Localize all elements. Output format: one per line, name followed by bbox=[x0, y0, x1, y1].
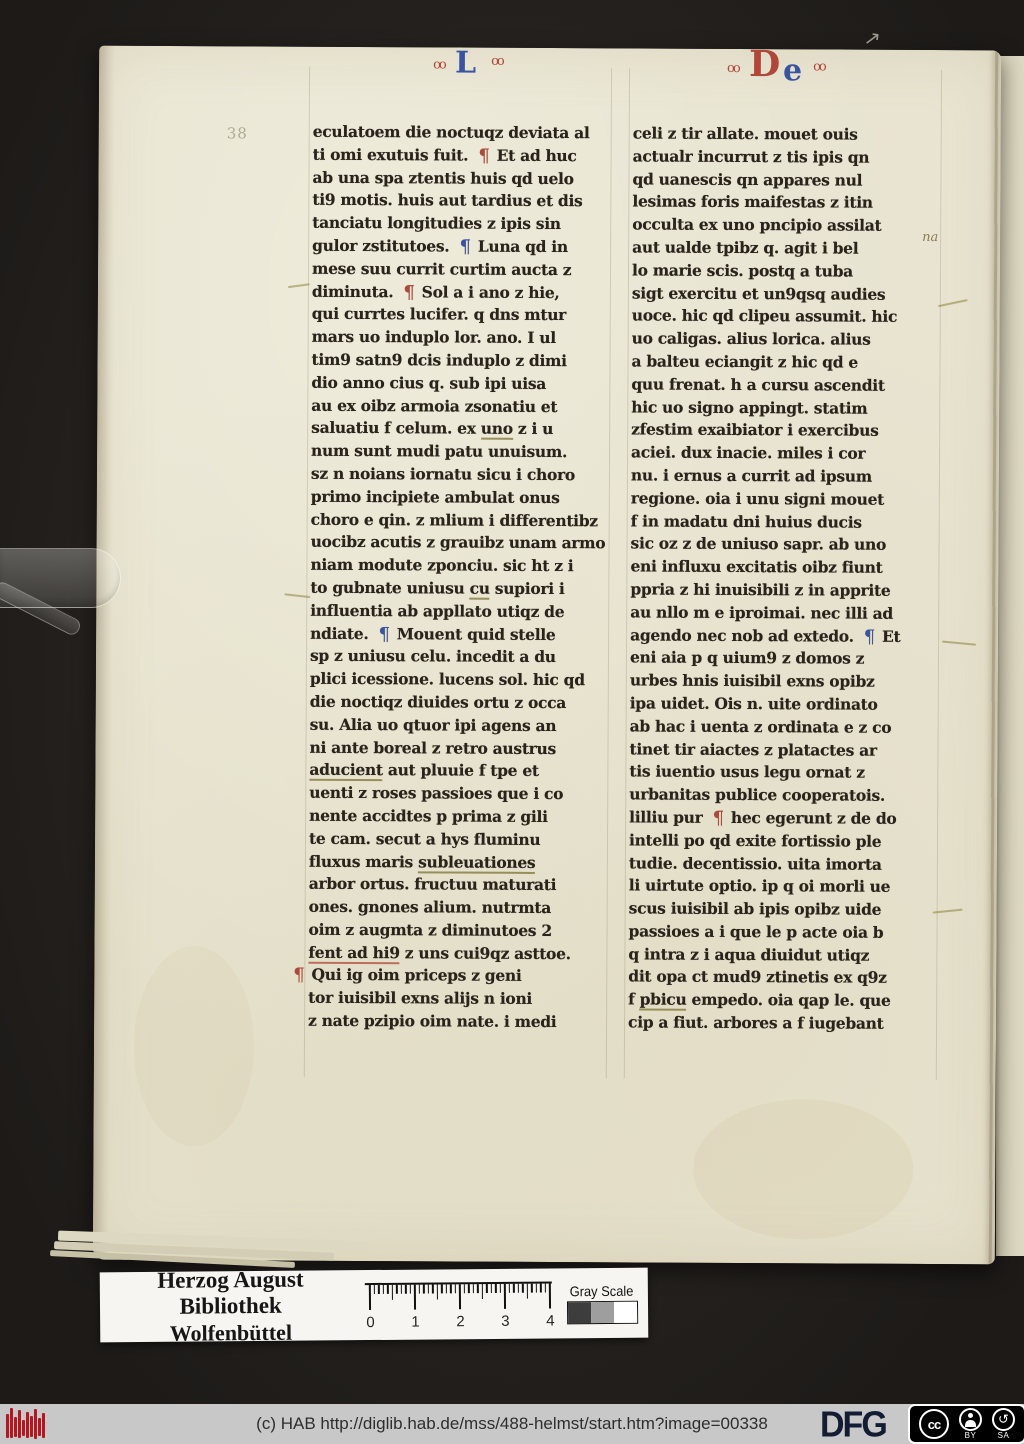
dfg-logo: DFG bbox=[820, 1405, 886, 1444]
text-segment: nente accidtes p prima z gili bbox=[309, 806, 548, 826]
ruler-tick bbox=[378, 1285, 380, 1294]
header-flourish: oo bbox=[433, 57, 445, 72]
text-segment: actualr incurrut z tis ipis qn bbox=[633, 146, 870, 166]
text-segment: ipa uidet. Ois n. uite ordinato bbox=[630, 693, 878, 713]
text-segment: z uns cui9qz asttoe. bbox=[400, 943, 571, 963]
manuscript-line: influentia ab appllato utiqz de bbox=[310, 599, 615, 623]
manuscript-line: nu. i ernus a currit ad ipsum bbox=[631, 464, 951, 488]
text-segment: lilliu pur bbox=[629, 807, 708, 826]
ruler-tick bbox=[549, 1283, 551, 1308]
gray-scale-square bbox=[614, 1301, 637, 1322]
text-segment: pbicu bbox=[640, 990, 687, 1011]
ruler-tick bbox=[401, 1285, 403, 1294]
library-name-line1: Herzog August Bibliothek bbox=[108, 1266, 354, 1321]
running-header-letter-e: e bbox=[783, 53, 802, 88]
manuscript-line: agendo nec nob ad extedo. ¶ Et bbox=[630, 624, 950, 648]
page-fore-edge bbox=[93, 46, 115, 1260]
manuscript-line: tim9 satn9 dcis induplo z dimi bbox=[311, 349, 616, 373]
ruler-tick bbox=[486, 1284, 488, 1293]
ruler-tick bbox=[527, 1284, 529, 1299]
library-label-bar: Herzog August Bibliothek Wolfenbüttel 01… bbox=[100, 1268, 649, 1343]
manuscript-line: choro e qin. z mlium i differentibz bbox=[311, 508, 616, 532]
text-segment: influentia ab appllato utiqz de bbox=[310, 600, 564, 620]
running-header-letter-D: D bbox=[749, 46, 780, 86]
text-segment: z i u bbox=[513, 419, 553, 438]
text-segment: hec egerunt z de do bbox=[726, 808, 897, 828]
text-segment: empedo. oia qap le. que bbox=[686, 990, 890, 1010]
text-segment: ppria z hi inuisibili z in apprite bbox=[630, 579, 890, 599]
text-segment: eculatoem die noctuqz deviata al bbox=[313, 122, 590, 142]
ruler-tick bbox=[482, 1284, 484, 1299]
text-segment: tim9 satn9 dcis induplo z dimi bbox=[311, 350, 566, 370]
barcode-bar bbox=[34, 1409, 37, 1439]
text-segment: lesimas foris maifestas z itin bbox=[632, 192, 873, 212]
cc-sa-label: SA bbox=[998, 1431, 1010, 1440]
header-flourish: oo bbox=[727, 61, 739, 76]
text-segment: passioes a i que le p acte oia b bbox=[629, 921, 884, 941]
manuscript-line: fluxus maris subleuationes bbox=[309, 850, 614, 874]
manuscript-line: qui currtes lucifer. q dns mtur bbox=[312, 303, 617, 327]
manuscript-line: eni influxu excitatis oibz fiunt bbox=[630, 556, 950, 580]
text-column-left: eculatoem die noctuqz deviata alti omi e… bbox=[308, 121, 618, 1034]
manuscript-line: cip a fiut. arbores a f iugebant bbox=[628, 1012, 948, 1036]
ruler-tick bbox=[473, 1284, 475, 1293]
text-segment: aciei. dux inacie. miles i cor bbox=[631, 443, 865, 463]
manuscript-line: intelli po qd exite fortissio ple bbox=[629, 829, 949, 853]
ruler-tick bbox=[509, 1284, 511, 1293]
text-segment: uenti z roses passioes que i co bbox=[309, 783, 563, 803]
gray-scale-square bbox=[591, 1301, 614, 1322]
person-head bbox=[968, 1413, 973, 1418]
ruler-tick bbox=[423, 1285, 425, 1294]
text-segment: uno bbox=[481, 419, 513, 440]
ruler-tick bbox=[374, 1285, 376, 1294]
barcode-bar bbox=[26, 1412, 29, 1438]
text-segment: oim z augmta z diminutoes 2 bbox=[309, 920, 552, 940]
ruler-tick bbox=[522, 1284, 524, 1293]
text-segment: tis iuentio usus legu ornat z bbox=[629, 762, 864, 782]
manuscript-line: tinet tir aiactes z platactes ar bbox=[629, 738, 949, 762]
manuscript-line: te cam. secut a hys fluminu bbox=[309, 827, 614, 851]
ruler-tick bbox=[446, 1284, 448, 1293]
gray-scale-label: Gray Scale bbox=[570, 1282, 634, 1299]
manuscript-line: actualr incurrut z tis ipis qn bbox=[633, 145, 953, 169]
manuscript-line: dio anno cius q. sub ipi uisa bbox=[311, 372, 616, 396]
manuscript-line: lilliu pur ¶ hec egerunt z de do bbox=[629, 806, 949, 830]
text-segment: li uirtute optio. ip q oi morli ue bbox=[629, 876, 891, 896]
text-segment: ti omi exutuis fuit. bbox=[313, 145, 474, 165]
pilcrow-mark: ¶ bbox=[864, 626, 875, 649]
gray-scale-squares bbox=[567, 1300, 638, 1324]
text-segment: supiori i bbox=[490, 579, 565, 598]
ruler-number: 0 bbox=[366, 1314, 374, 1331]
barcode-bar bbox=[6, 1414, 9, 1438]
text-segment: uoce. hic qd clipeu assumit. hic bbox=[632, 306, 897, 326]
manuscript-line: mese suu currit curtim aucta z bbox=[312, 258, 617, 282]
photo-canvas: { "colors": { "red": "#b0483a", "blue": … bbox=[0, 0, 1024, 1444]
ruler-tick bbox=[387, 1285, 389, 1294]
manuscript-line: quu frenat. h a cursu ascendit bbox=[631, 373, 951, 397]
manuscript-line: uo caligas. alius lorica. alius bbox=[632, 328, 952, 352]
manuscript-line: su. Alia uo qtuor ipi agens an bbox=[310, 713, 615, 737]
manuscript-line: tis iuentio usus legu ornat z bbox=[629, 761, 949, 785]
ruler-tick bbox=[500, 1284, 502, 1293]
manuscript-line: sz n noians iornatu sicu i choro bbox=[311, 463, 616, 487]
text-segment: Et ad huc bbox=[491, 145, 576, 164]
text-segment: fluxus maris bbox=[309, 851, 418, 871]
text-segment: eni influxu excitatis oibz fiunt bbox=[630, 557, 882, 577]
text-segment: urbes hnis iuisibil exns opibz bbox=[630, 671, 875, 691]
manuscript-line: celi z tir allate. mouet ouis bbox=[633, 122, 953, 146]
text-segment: niam modute zponciu. sic ht z i bbox=[310, 555, 573, 575]
manuscript-line: ¶ Qui ig oim priceps z geni bbox=[308, 964, 613, 988]
pilcrow-mark: ¶ bbox=[378, 624, 389, 647]
manuscript-line: ti9 motis. huis aut tardius et dis bbox=[312, 189, 617, 213]
text-segment: aducient bbox=[309, 760, 382, 781]
manuscript-line: z nate pzipio oim nate. i medi bbox=[308, 1010, 613, 1034]
manuscript-line: to gubnate uniusu cu supiori i bbox=[310, 577, 615, 601]
cc-by-person-icon bbox=[959, 1408, 982, 1431]
text-segment: mese suu currit curtim aucta z bbox=[312, 259, 571, 279]
text-segment: die noctiqz diuides ortu z occa bbox=[310, 692, 566, 712]
text-segment: mars uo induplo lor. ano. I ul bbox=[312, 327, 556, 347]
cc-by-label: BY bbox=[965, 1431, 977, 1440]
ruler: 01234 bbox=[363, 1274, 554, 1334]
barcode-bar bbox=[22, 1420, 25, 1436]
manuscript-line: die noctiqz diuides ortu z occa bbox=[310, 691, 615, 715]
text-segment: dit opa ct mud9 ztinetis ex q9z bbox=[628, 967, 886, 987]
text-segment: au ex oibz armoia zsonatiu et bbox=[311, 395, 557, 415]
manuscript-line: tanciatu longitudies z ipis sin bbox=[312, 212, 617, 236]
text-segment: intelli po qd exite fortissio ple bbox=[629, 830, 881, 850]
manuscript-line: li uirtute optio. ip q oi morli ue bbox=[629, 875, 949, 899]
pilcrow-mark: ¶ bbox=[713, 808, 724, 831]
text-segment: tudie. decentissio. uita imorta bbox=[629, 853, 882, 873]
ruler-tick bbox=[383, 1285, 385, 1294]
manuscript-line: tudie. decentissio. uita imorta bbox=[629, 852, 949, 876]
ruler-tick bbox=[432, 1284, 434, 1293]
text-segment: arbor ortus. fructuu maturati bbox=[309, 874, 557, 894]
manuscript-line: lesimas foris maifestas z itin bbox=[632, 191, 952, 215]
manuscript-line: eculatoem die noctuqz deviata al bbox=[313, 121, 618, 145]
parchment-stain bbox=[693, 1099, 914, 1240]
text-segment: f bbox=[628, 990, 640, 1009]
ruler-tick bbox=[504, 1284, 506, 1309]
ruler-tick bbox=[410, 1285, 412, 1294]
text-segment: Et bbox=[877, 626, 901, 645]
manuscript-line: au nllo m e iproimai. nec illi ad bbox=[630, 601, 950, 625]
manuscript-line: primo incipiete ambulat onus bbox=[311, 486, 616, 510]
manuscript-line: uocibz acutis z grauibz unam armo bbox=[311, 531, 616, 555]
ruler-tick bbox=[369, 1285, 371, 1310]
ruler-tick bbox=[531, 1284, 533, 1293]
text-segment: to gubnate uniusu bbox=[310, 578, 469, 598]
text-segment: f in madatu dni huius ducis bbox=[631, 511, 862, 531]
manuscript-line: diminuta. ¶ Sol a i ano z hie, bbox=[312, 280, 617, 304]
manuscript-line: f pbicu empedo. oia qap le. que bbox=[628, 989, 948, 1013]
manuscript-line: hic uo signo appingt. statim bbox=[631, 396, 951, 420]
manuscript-line: au ex oibz armoia zsonatiu et bbox=[311, 394, 616, 418]
text-segment: zfestim exaibiator i exercibus bbox=[631, 420, 878, 440]
manuscript-line: sigt exercitu et un9qsq audies bbox=[632, 282, 952, 306]
gray-scale-square bbox=[568, 1302, 591, 1323]
barcode-bar bbox=[18, 1410, 21, 1438]
text-segment: uocibz acutis z grauibz unam armo bbox=[311, 532, 606, 553]
cc-license-badge: cc BY ↺ SA bbox=[908, 1404, 1024, 1444]
text-segment: subleuationes bbox=[418, 852, 535, 874]
text-segment: sz n noians iornatu sicu i choro bbox=[311, 464, 575, 484]
ruler-tick bbox=[477, 1284, 479, 1293]
manuscript-line: q intra z i aqua diuidut utiqz bbox=[628, 943, 948, 967]
pilcrow-mark: ¶ bbox=[293, 965, 304, 988]
text-segment: celi z tir allate. mouet ouis bbox=[633, 123, 858, 143]
manuscript-line: aciei. dux inacie. miles i cor bbox=[631, 442, 951, 466]
text-segment: ndiate. bbox=[310, 623, 374, 642]
barcode-bar bbox=[14, 1417, 17, 1437]
text-segment: ti9 motis. huis aut tardius et dis bbox=[312, 190, 582, 210]
manuscript-line: ti omi exutuis fuit. ¶ Et ad huc bbox=[313, 144, 618, 168]
ruler-tick bbox=[513, 1284, 515, 1293]
ruler-tick bbox=[441, 1284, 443, 1293]
ruler-number: 3 bbox=[501, 1313, 509, 1330]
text-segment: hic uo signo appingt. statim bbox=[631, 397, 867, 417]
text-segment: dio anno cius q. sub ipi uisa bbox=[311, 373, 546, 393]
manuscript-line: num sunt mudi patu unuisum. bbox=[311, 440, 616, 464]
ruler-tick bbox=[392, 1285, 394, 1300]
text-segment: ones. gnones alium. nutrmta bbox=[309, 897, 551, 917]
text-segment: au nllo m e iproimai. nec illi ad bbox=[630, 602, 893, 622]
text-segment: fent ad hi9 bbox=[308, 942, 399, 963]
bottom-bar: (c) HAB http://diglib.hab.de/mss/488-hel… bbox=[0, 1404, 1024, 1444]
text-segment: Luna qd in bbox=[473, 237, 568, 256]
manuscript-line: qd uanescis qn appares nul bbox=[632, 168, 952, 192]
text-segment: urbanitas publice cooperatois. bbox=[629, 785, 885, 805]
manuscript-line: aducient aut pluuie f tpe et bbox=[309, 759, 614, 783]
manuscript-line: zfestim exaibiator i exercibus bbox=[631, 419, 951, 443]
text-segment: ni ante boreal z retro austrus bbox=[309, 737, 556, 757]
text-segment: agendo nec nob ad extedo. bbox=[630, 625, 859, 645]
manuscript-line: aut ualde tpibz q. agit i bel bbox=[632, 236, 952, 260]
cc-sa-arrow-icon: ↺ bbox=[992, 1408, 1015, 1431]
barcode-bar bbox=[42, 1413, 45, 1438]
text-segment: aut ualde tpibz q. agit i bel bbox=[632, 237, 858, 257]
pilcrow-mark: ¶ bbox=[403, 282, 414, 305]
manuscript-line: ipa uidet. Ois n. uite ordinato bbox=[630, 692, 950, 716]
ruler-tick bbox=[437, 1284, 439, 1299]
ruler-tick bbox=[414, 1285, 416, 1310]
library-name: Herzog August Bibliothek Wolfenbüttel bbox=[108, 1266, 354, 1346]
manuscript-line: eni aia p q uium9 z domos z bbox=[630, 647, 950, 671]
manuscript-line: dit opa ct mud9 ztinetis ex q9z bbox=[628, 966, 948, 990]
manuscript-line: passioes a i que le p acte oia b bbox=[628, 920, 948, 944]
text-segment: Sol a i ano z hie, bbox=[417, 282, 560, 302]
text-segment: scus iuisibil ab ipis opibz uide bbox=[629, 899, 882, 919]
text-segment: su. Alia uo qtuor ipi agens an bbox=[310, 714, 557, 734]
ruler-tick bbox=[419, 1285, 421, 1294]
manuscript-line: arbor ortus. fructuu maturati bbox=[309, 873, 614, 897]
text-segment: occulta ex uno pncipio assilat bbox=[632, 215, 881, 235]
text-segment: uo caligas. alius lorica. alius bbox=[632, 329, 871, 349]
library-name-line2: Wolfenbüttel bbox=[108, 1319, 354, 1346]
ruler-tick bbox=[495, 1284, 497, 1293]
ruler-number: 1 bbox=[411, 1314, 419, 1331]
text-segment: gulor zstitutoes. bbox=[312, 236, 454, 256]
manuscript-line: uoce. hic qd clipeu assumit. hic bbox=[632, 305, 952, 329]
ruler-tick bbox=[545, 1283, 547, 1292]
manuscript-line: mars uo induplo lor. ano. I ul bbox=[312, 326, 617, 350]
ruler-tick bbox=[491, 1284, 493, 1293]
faint-folio-number: 38 bbox=[227, 124, 248, 142]
parchment-stain bbox=[133, 946, 254, 1147]
header-flourish: oo bbox=[813, 59, 825, 74]
text-segment: tor iuisibil exns alijs n ioni bbox=[308, 988, 532, 1008]
manuscript-line: gulor zstitutoes. ¶ Luna qd in bbox=[312, 235, 617, 259]
text-segment: primo incipiete ambulat onus bbox=[311, 487, 560, 507]
ruler-tick bbox=[450, 1284, 452, 1293]
ruler-number: 4 bbox=[546, 1312, 554, 1329]
text-segment: eni aia p q uium9 z domos z bbox=[630, 648, 864, 668]
manuscript-line: urbanitas publice cooperatois. bbox=[629, 784, 949, 808]
ruler-tick bbox=[464, 1284, 466, 1293]
manuscript-line: scus iuisibil ab ipis opibz uide bbox=[629, 898, 949, 922]
text-segment: sp z uniusu celu. incedit a du bbox=[310, 646, 556, 666]
manuscript-line: tor iuisibil exns alijs n ioni bbox=[308, 987, 613, 1011]
text-segment: sigt exercitu et un9qsq audies bbox=[632, 283, 886, 303]
text-segment: Qui ig oim priceps z geni bbox=[306, 965, 521, 985]
text-segment: ab hac i uenta z ordinata e z co bbox=[630, 716, 892, 736]
text-segment: quu frenat. h a cursu ascendit bbox=[631, 374, 884, 394]
text-segment: nu. i ernus a currit ad ipsum bbox=[631, 465, 872, 485]
registration-barcode bbox=[6, 1408, 52, 1442]
manuscript-line: f in madatu dni huius ducis bbox=[631, 510, 951, 534]
manuscript-line: regione. oia i unu signi mouet bbox=[631, 487, 951, 511]
manuscript-line: sp z uniusu celu. incedit a du bbox=[310, 645, 615, 669]
cc-by-group: BY bbox=[959, 1408, 982, 1440]
copyright-url-text: (c) HAB http://diglib.hab.de/mss/488-hel… bbox=[256, 1414, 768, 1434]
manuscript-line: plici icessione. lucens sol. hic qd bbox=[310, 668, 615, 692]
ruler-tick bbox=[518, 1284, 520, 1293]
text-segment: tanciatu longitudies z ipis sin bbox=[312, 213, 561, 233]
manuscript-page: oo L oo oo D e oo 38 na eculatoem die no… bbox=[93, 46, 1001, 1265]
manuscript-line: uenti z roses passioes que i co bbox=[309, 782, 614, 806]
text-segment: cip a fiut. arbores a f iugebant bbox=[628, 1013, 883, 1033]
text-segment: plici icessione. lucens sol. hic qd bbox=[310, 669, 585, 689]
arrow-artifact: ↗ bbox=[862, 25, 882, 52]
manuscript-line: lo marie scis. postq a tuba bbox=[632, 259, 952, 283]
manuscript-line: ni ante boreal z retro austrus bbox=[309, 736, 614, 760]
manuscript-line: ab hac i uenta z ordinata e z co bbox=[630, 715, 950, 739]
barcode-bar bbox=[38, 1418, 41, 1436]
barcode-bar bbox=[10, 1408, 13, 1438]
text-segment: qui currtes lucifer. q dns mtur bbox=[312, 304, 566, 324]
pilcrow-mark: ¶ bbox=[478, 145, 489, 168]
text-segment: choro e qin. z mlium i differentibz bbox=[311, 509, 598, 530]
manuscript-line: urbes hnis iuisibil exns opibz bbox=[630, 670, 950, 694]
text-segment: num sunt mudi patu unuisum. bbox=[311, 441, 567, 461]
sa-arrow-glyph: ↺ bbox=[998, 1413, 1009, 1426]
running-header-left-letter: L bbox=[455, 46, 476, 81]
manuscript-line: a balteu eciangit z hic qd e bbox=[631, 350, 951, 374]
manuscript-line: nente accidtes p prima z gili bbox=[309, 805, 614, 829]
manuscript-line: ab una spa ztentis huis qd uelo bbox=[312, 166, 617, 190]
ruler-tick bbox=[536, 1284, 538, 1293]
cc-icon: cc bbox=[919, 1409, 949, 1439]
barcode-bar bbox=[30, 1416, 33, 1437]
manuscript-line: fent ad hi9 z uns cui9qz asttoe. bbox=[308, 941, 613, 965]
pilcrow-mark: ¶ bbox=[459, 237, 470, 260]
text-segment: Mouent quid stelle bbox=[392, 624, 556, 644]
text-segment: lo marie scis. postq a tuba bbox=[632, 260, 853, 280]
manuscript-line: occulta ex uno pncipio assilat bbox=[632, 214, 952, 238]
text-segment: qd uanescis qn appares nul bbox=[632, 169, 862, 189]
ruler-tick bbox=[455, 1284, 457, 1293]
text-column-right: celi z tir allate. mouet ouisactualr inc… bbox=[628, 122, 953, 1036]
text-segment: cu bbox=[470, 579, 490, 600]
manuscript-line: ppria z hi inuisibili z in apprite bbox=[630, 578, 950, 602]
manuscript-line: ndiate. ¶ Mouent quid stelle bbox=[310, 622, 615, 646]
ruler-tick bbox=[428, 1285, 430, 1294]
text-segment: diminuta. bbox=[312, 281, 399, 300]
manuscript-line: niam modute zponciu. sic ht z i bbox=[310, 554, 615, 578]
ruler-tick bbox=[396, 1285, 398, 1294]
text-segment: z nate pzipio oim nate. i medi bbox=[308, 1011, 556, 1031]
text-segment: aut pluuie f tpe et bbox=[383, 760, 539, 780]
thread-mark bbox=[288, 283, 310, 288]
text-segment: ab una spa ztentis huis qd uelo bbox=[312, 167, 573, 187]
person-body bbox=[965, 1420, 976, 1427]
text-segment: te cam. secut a hys fluminu bbox=[309, 828, 540, 848]
manuscript-line: saluatiu f celum. ex uno z i u bbox=[311, 417, 616, 441]
ruler-tick bbox=[540, 1284, 542, 1293]
text-segment: regione. oia i unu signi mouet bbox=[631, 488, 884, 508]
manuscript-line: oim z augmta z diminutoes 2 bbox=[308, 919, 613, 943]
ruler-tick bbox=[459, 1284, 461, 1309]
text-segment: sic oz z de uniuso sapr. ab uno bbox=[631, 534, 887, 554]
ruler-number: 2 bbox=[456, 1313, 464, 1330]
ruler-tick bbox=[405, 1285, 407, 1294]
text-segment: q intra z i aqua diuidut utiqz bbox=[628, 944, 869, 964]
text-segment: saluatiu f celum. ex bbox=[311, 418, 481, 438]
gray-scale-patch: Gray Scale bbox=[564, 1282, 640, 1324]
text-segment: tinet tir aiactes z platactes ar bbox=[629, 739, 876, 759]
manuscript-line: sic oz z de uniuso sapr. ab uno bbox=[631, 533, 951, 557]
manuscript-line: ones. gnones alium. nutrmta bbox=[309, 896, 614, 920]
header-flourish: oo bbox=[491, 54, 503, 69]
cc-sa-group: ↺ SA bbox=[992, 1408, 1015, 1440]
ruler-tick bbox=[468, 1284, 470, 1293]
text-segment: a balteu eciangit z hic qd e bbox=[631, 351, 858, 371]
